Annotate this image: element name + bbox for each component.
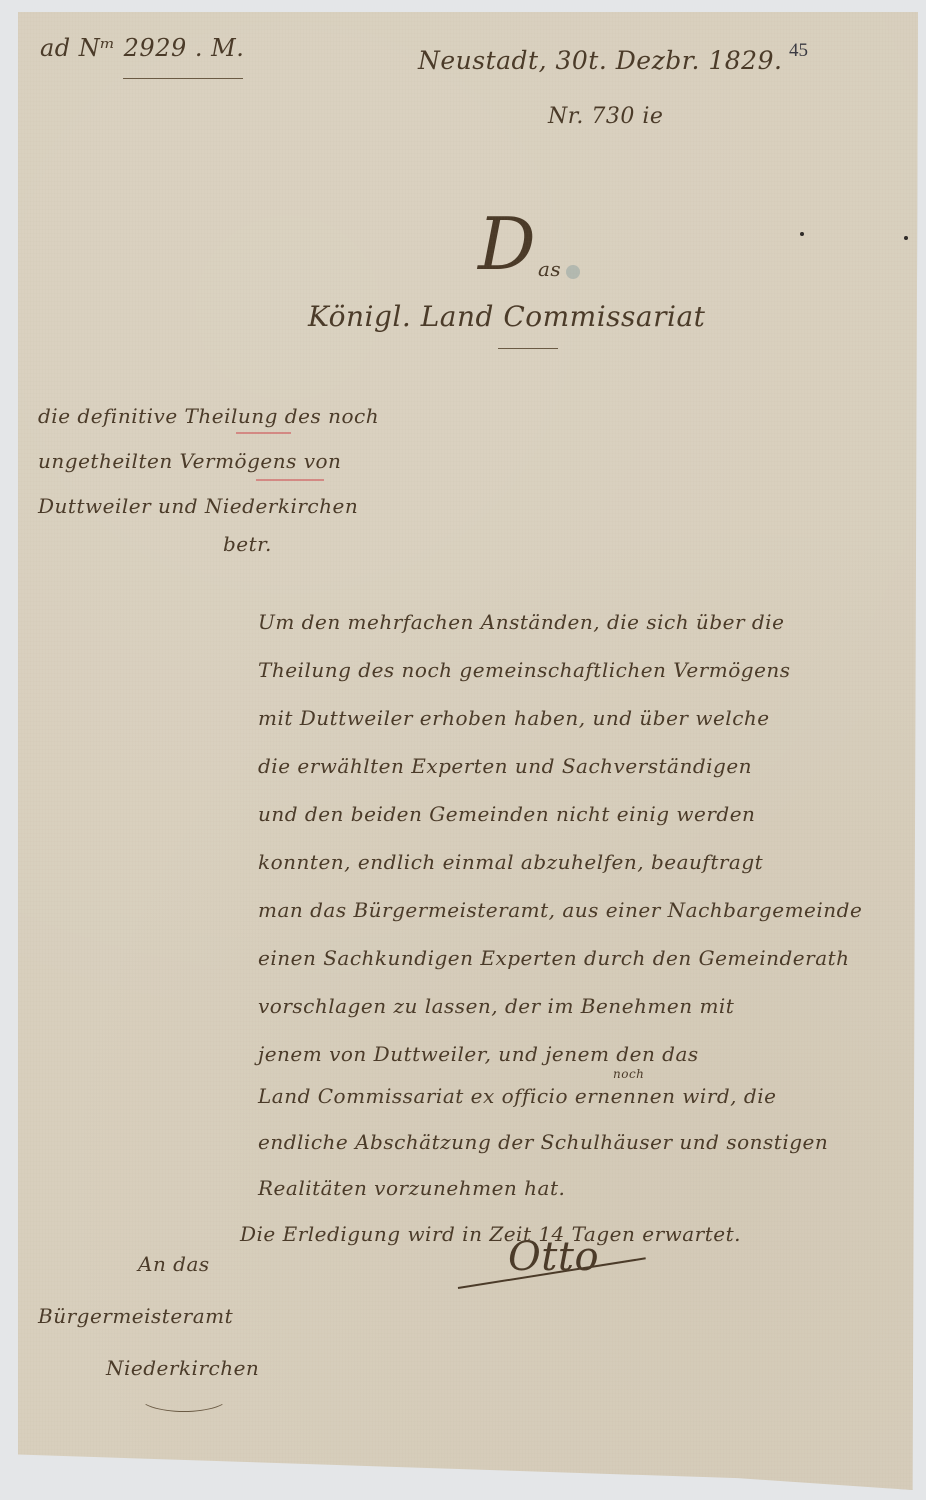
recipient-line: Bürgermeisteramt [38,1304,233,1328]
recipient-line: An das [138,1252,210,1276]
body-line: mit Duttweiler erhoben haben, und über w… [258,706,770,730]
addressee-underline [498,348,558,349]
recipient-line: Niederkirchen [106,1356,259,1380]
body-line: man das Bürgermeisteramt, aus einer Nach… [258,898,862,922]
salutation-initial: D [478,202,536,286]
reference-underline [123,78,243,79]
body-line: vorschlagen zu lassen, der im Benehmen m… [258,994,734,1018]
body-line: einen Sachkundigen Experten durch den Ge… [258,946,850,970]
recipient-flourish [138,1380,230,1412]
document-page: 45 ad Nᵐ 2929 . M. Neustadt, 30t. Dezbr.… [18,12,918,1490]
body-line: endliche Abschätzung der Schulhäuser und… [258,1130,828,1154]
body-line: Realitäten vorzunehmen hat. [258,1176,565,1200]
file-number: Nr. 730 ie [548,104,663,129]
body-line: Theilung des noch gemeinschaftlichen Ver… [258,658,791,682]
red-underline-mark [256,479,324,481]
subject-line: Duttweiler und Niederkirchen [38,494,358,518]
ink-stain [566,265,580,279]
paper-speck [904,236,908,240]
body-line: konnten, endlich einmal abzuhelfen, beau… [258,850,763,874]
page-number: 45 [789,40,808,62]
reference-number: ad Nᵐ 2929 . M. [40,34,244,62]
subject-line: die definitive Theilung des noch [38,404,379,428]
dateline: Neustadt, 30t. Dezbr. 1829. [418,46,782,75]
paper-speck [800,232,804,236]
body-line: Land Commissariat ex officio ernennen wi… [258,1084,776,1108]
salutation-rest: as [538,257,561,281]
body-line: und den beiden Gemeinden nicht einig wer… [258,802,755,826]
subject-line: betr. [223,532,272,556]
interlinear-note: noch [613,1067,644,1081]
body-line: jenem von Duttweiler, und jenem den das [258,1042,699,1066]
body-line: Um den mehrfachen Anständen, die sich üb… [258,610,784,634]
closing-line: Die Erledigung wird in Zeit 14 Tagen erw… [240,1222,741,1246]
body-line: die erwählten Experten und Sachverständi… [258,754,752,778]
subject-line: ungetheilten Vermögens von [38,449,341,473]
addressee: Königl. Land Commissariat [308,300,705,333]
red-underline-mark [236,432,291,434]
